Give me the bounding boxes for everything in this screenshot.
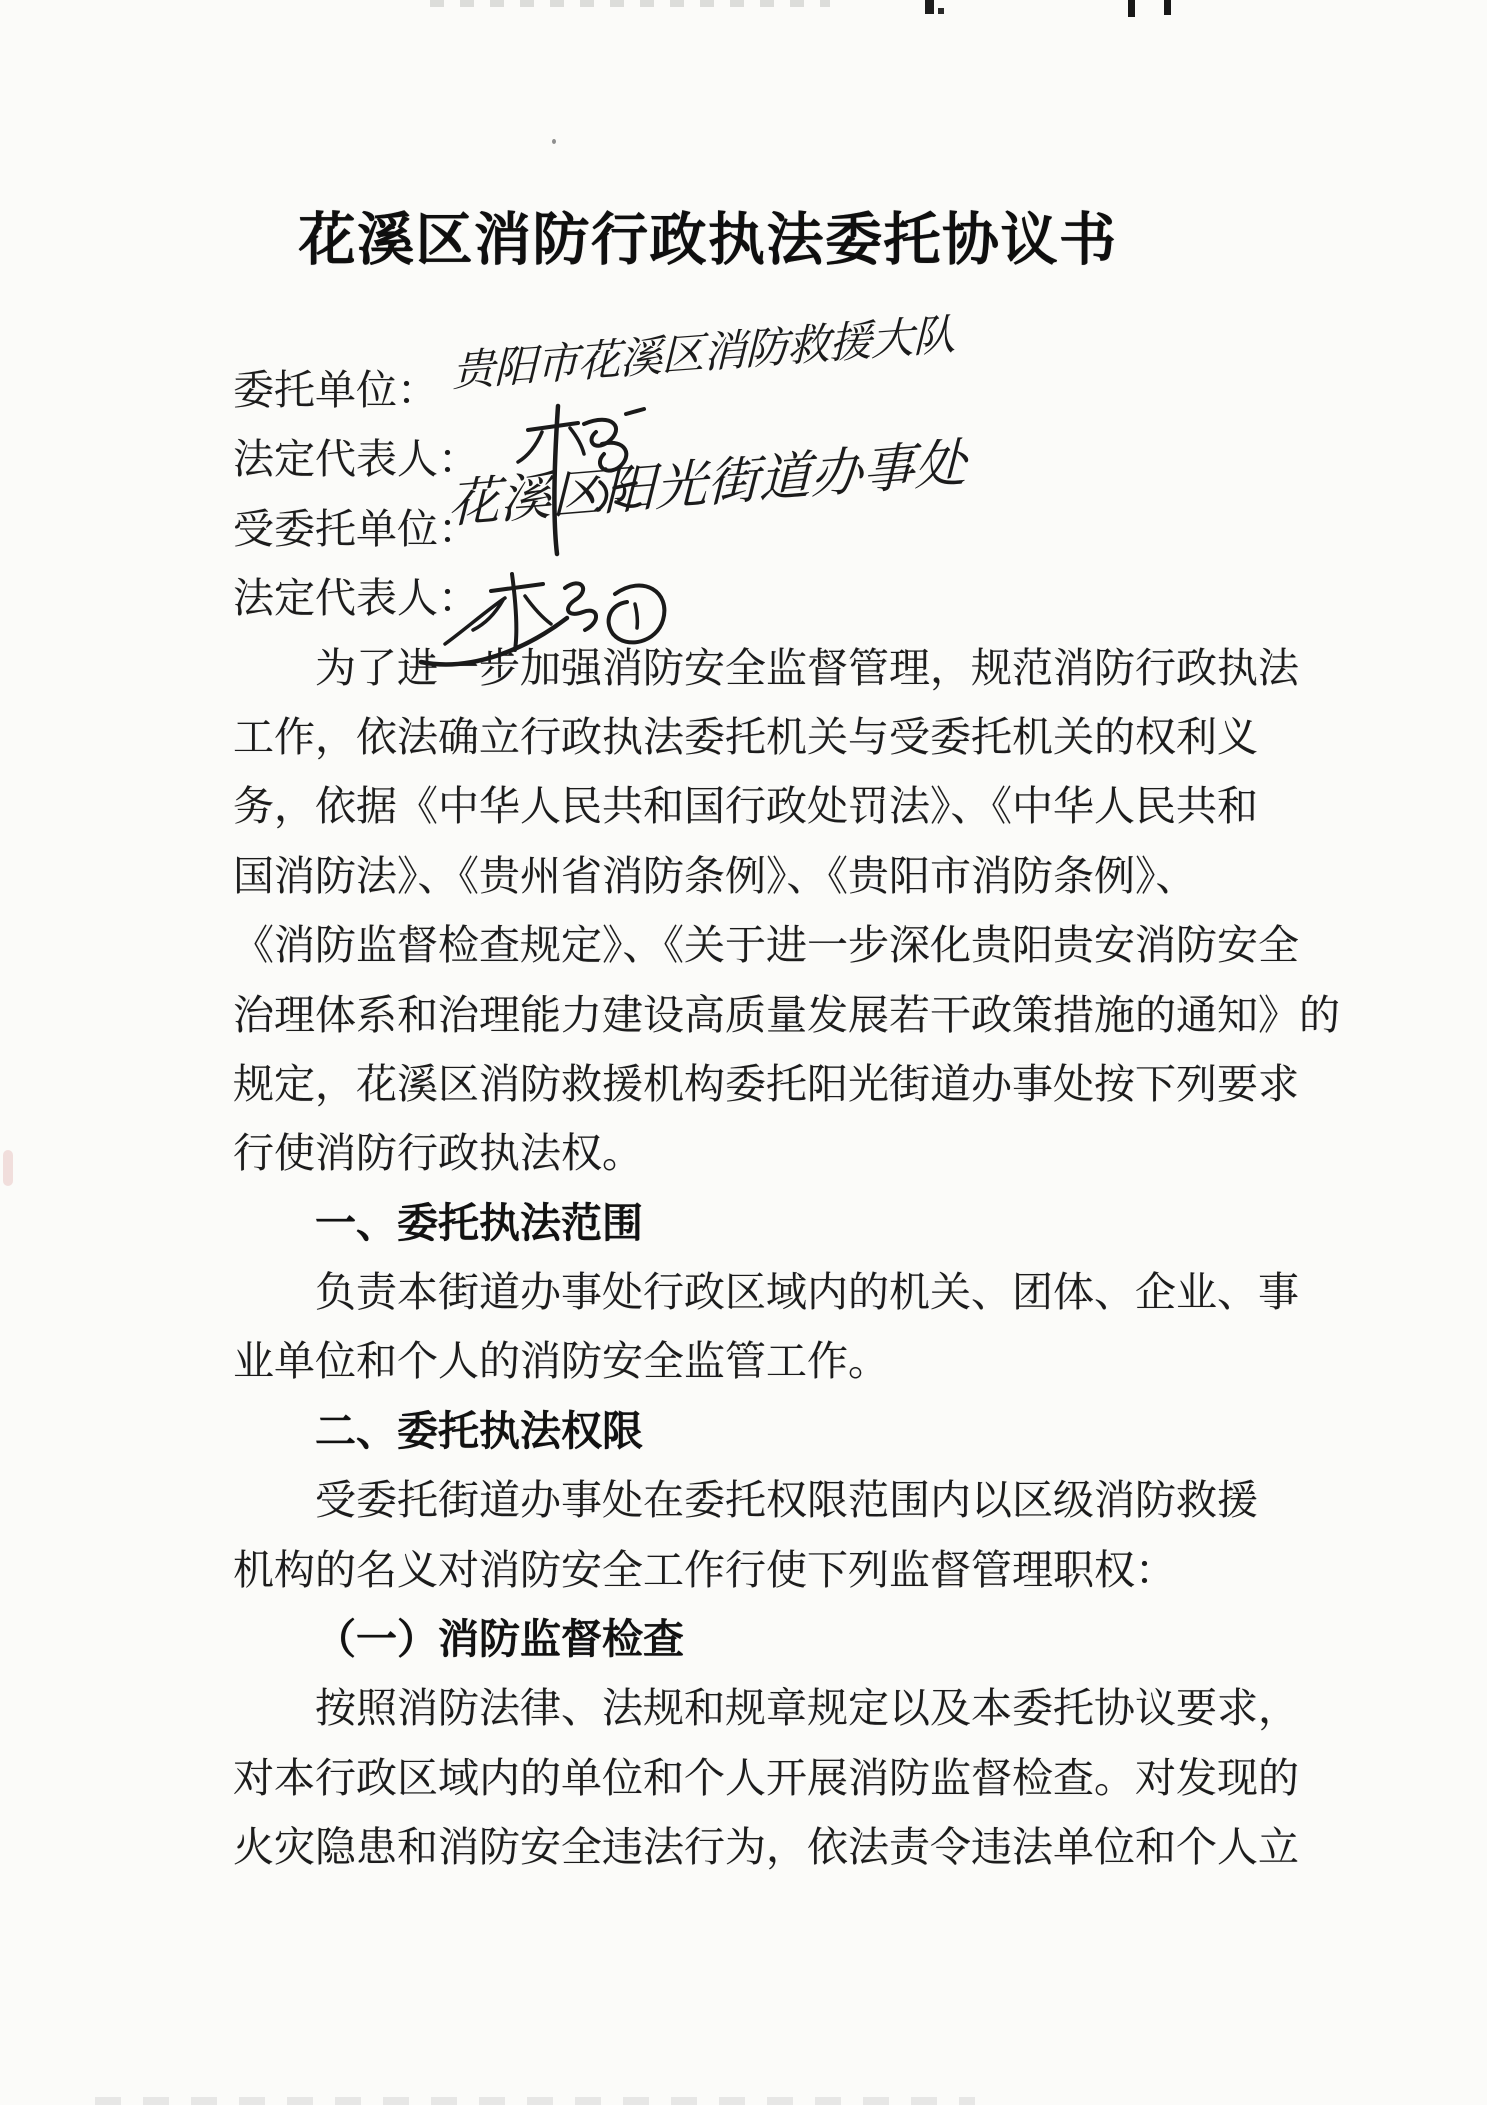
scan-artifact-dot	[552, 139, 556, 144]
intro-line: 《消防监督检查规定》、《关于进一步深化贵阳贵安消防安全	[233, 911, 1243, 980]
document-body: 委托单位： 法定代表人： 受委托单位： 法定代表人： 为了进一步加强消防安全监督…	[233, 356, 1243, 1883]
field-label-entrusted-unit: 受委托单位：	[233, 495, 1243, 564]
scan-artifact-top-tick	[1128, 0, 1135, 17]
section-1-heading: 一、委托执法范围	[233, 1189, 1243, 1258]
field-label-legal-rep-1: 法定代表人：	[233, 425, 1243, 494]
section-1-line: 业单位和个人的消防安全监管工作。	[233, 1327, 1243, 1396]
subsection-1-line: 对本行政区域内的单位和个人开展消防监督检查。对发现的	[233, 1744, 1243, 1813]
field-label-legal-rep-2: 法定代表人：	[233, 564, 1243, 633]
section-2-heading: 二、委托执法权限	[233, 1397, 1243, 1466]
scan-artifact-bottom-band	[95, 2097, 975, 2105]
intro-line: 为了进一步加强消防安全监督管理，规范消防行政执法	[233, 634, 1243, 703]
intro-line: 治理体系和治理能力建设高质量发展若干政策措施的通知》的	[233, 981, 1243, 1050]
intro-line: 规定，花溪区消防救援机构委托阳光街道办事处按下列要求	[233, 1050, 1243, 1119]
subsection-1-line: 按照消防法律、法规和规章规定以及本委托协议要求，	[233, 1674, 1243, 1743]
subsection-1-heading: （一）消防监督检查	[233, 1605, 1243, 1674]
subsection-1-line: 火灾隐患和消防安全违法行为，依法责令违法单位和个人立	[233, 1813, 1243, 1882]
intro-line: 国消防法》、《贵州省消防条例》、《贵阳市消防条例》、	[233, 842, 1243, 911]
intro-line: 工作，依法确立行政执法委托机关与受委托机关的权利义	[233, 703, 1243, 772]
section-2-line: 受委托街道办事处在委托权限范围内以区级消防救援	[233, 1466, 1243, 1535]
section-1-line: 负责本街道办事处行政区域内的机关、团体、企业、事	[233, 1258, 1243, 1327]
scan-artifact-top-tick	[1164, 0, 1171, 15]
intro-line: 行使消防行政执法权。	[233, 1119, 1243, 1188]
scan-artifact-top-mark	[925, 0, 934, 14]
intro-line: 务，依据《中华人民共和国行政处罚法》、《中华人民共和	[233, 772, 1243, 841]
scanned-agreement-page: 花溪区消防行政执法委托协议书 委托单位： 法定代表人： 受委托单位： 法定代表人…	[0, 0, 1487, 2105]
scan-artifact-left-mark	[3, 1150, 13, 1186]
document-title: 花溪区消防行政执法委托协议书	[0, 205, 1416, 275]
section-2-line: 机构的名义对消防安全工作行使下列监督管理职权：	[233, 1536, 1243, 1605]
scan-artifact-top-mark	[938, 8, 944, 14]
field-label-entrusting-unit: 委托单位：	[233, 356, 1243, 425]
scan-artifact-top-smudge	[430, 0, 830, 7]
